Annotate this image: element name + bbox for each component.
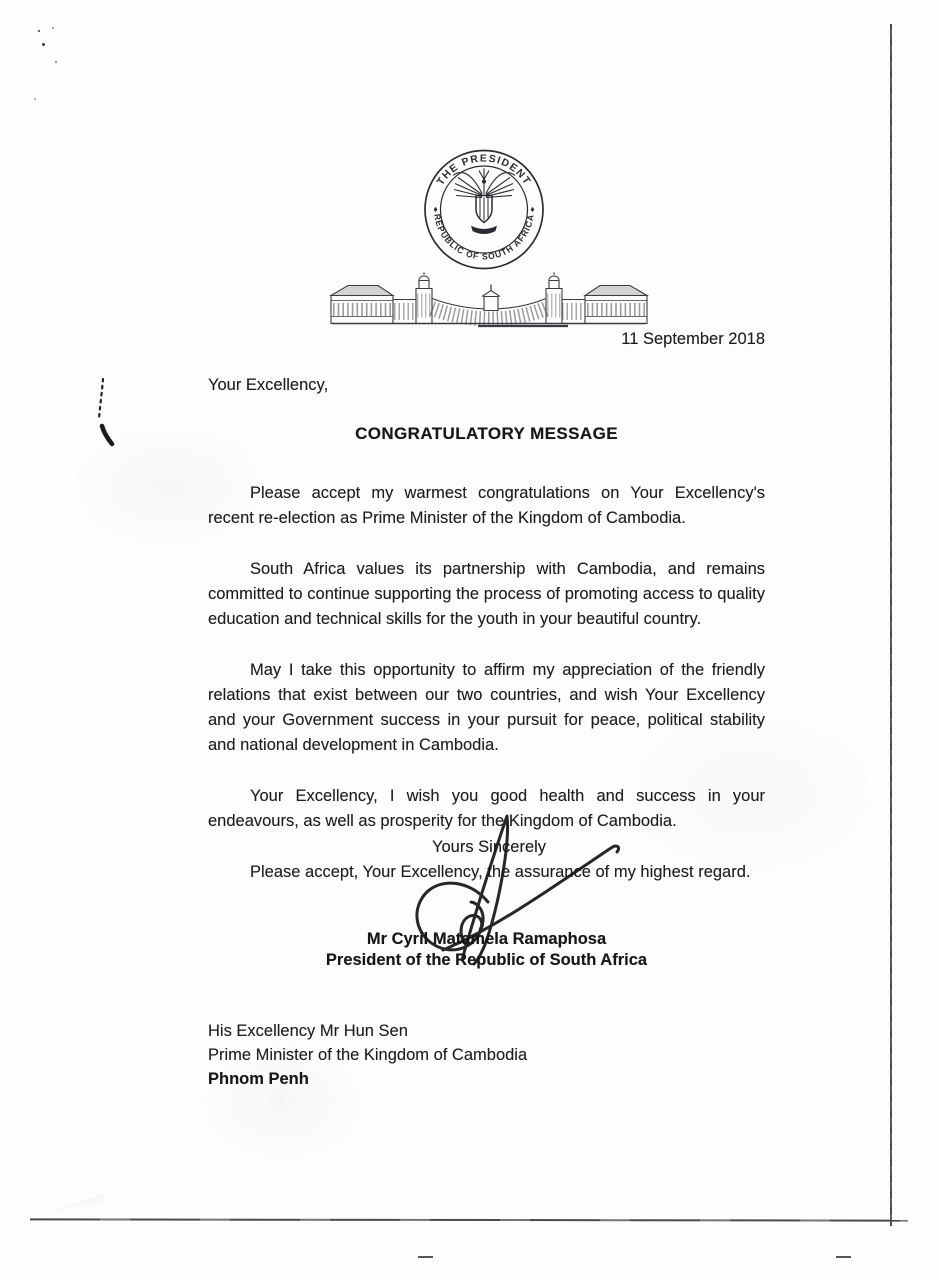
scan-speck bbox=[55, 61, 57, 63]
scan-speck bbox=[52, 27, 54, 29]
body-paragraph-4: Your Excellency, I wish you good health … bbox=[208, 784, 765, 834]
scan-speck bbox=[34, 98, 36, 100]
seal-right-diamond bbox=[531, 207, 535, 212]
addressee-name: His Excellency Mr Hun Sen bbox=[208, 1019, 527, 1043]
signer-title: President of the Republic of South Afric… bbox=[208, 950, 765, 971]
coat-of-arms-banner bbox=[471, 226, 497, 235]
presidential-seal: THE PRESIDENT REPUBLIC OF SOUTH AFRICA bbox=[422, 146, 546, 273]
scan-speck bbox=[42, 43, 45, 46]
scan-artifact-dash bbox=[836, 1256, 851, 1258]
scan-artifact-vertical-line bbox=[890, 24, 892, 1226]
scan-speck bbox=[38, 30, 40, 32]
union-buildings-illustration bbox=[328, 272, 650, 329]
coat-of-arms-bird bbox=[453, 169, 515, 198]
body-paragraph-5: Please accept, Your Excellency, the assu… bbox=[208, 860, 765, 885]
scan-artifact-dash bbox=[418, 1256, 433, 1258]
scan-artifact-horizontal-line bbox=[30, 1218, 908, 1221]
addressee-title: Prime Minister of the Kingdom of Cambodi… bbox=[208, 1043, 527, 1067]
signer-name: Mr Cyril Matamela Ramaphosa bbox=[208, 929, 765, 950]
body-paragraph-1: Please accept my warmest congratulations… bbox=[208, 481, 765, 531]
seal-left-diamond bbox=[434, 207, 438, 212]
salutation-text: Your Excellency, bbox=[208, 376, 328, 395]
scan-artifact-smudge bbox=[34, 1194, 104, 1216]
body-paragraph-2: South Africa values its partnership with… bbox=[208, 557, 765, 632]
addressee-city: Phnom Penh bbox=[208, 1067, 527, 1091]
ink-smudge-mark bbox=[88, 376, 120, 450]
letter-date: 11 September 2018 bbox=[208, 330, 765, 349]
signer-block: Mr Cyril Matamela Ramaphosa President of… bbox=[208, 929, 765, 971]
body-paragraph-3: May I take this opportunity to affirm my… bbox=[208, 658, 765, 758]
addressee-block: His Excellency Mr Hun Sen Prime Minister… bbox=[208, 1019, 527, 1091]
closing-text: Yours Sincerely bbox=[432, 838, 546, 857]
coat-of-arms-shield bbox=[476, 196, 492, 223]
message-heading: CONGRATULATORY MESSAGE bbox=[208, 424, 765, 444]
scanned-letter-page: THE PRESIDENT REPUBLIC OF SOUTH AFRICA bbox=[0, 0, 939, 1280]
